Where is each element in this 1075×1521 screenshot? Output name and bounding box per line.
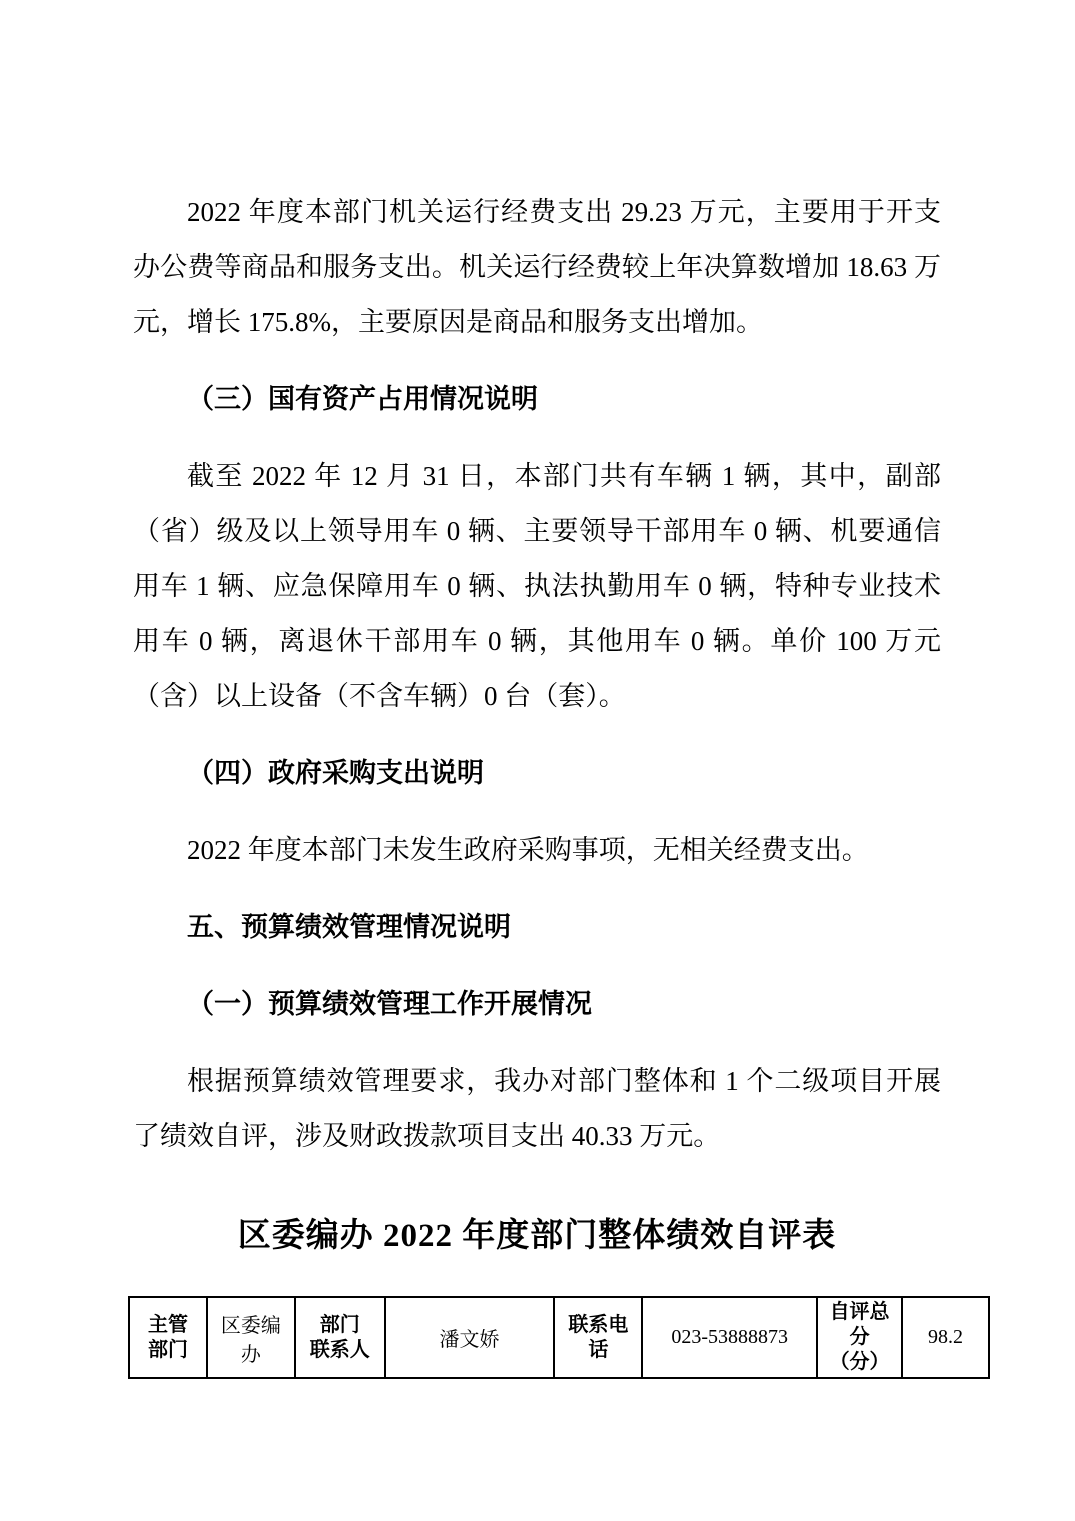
heading-state-assets: （三）国有资产占用情况说明 bbox=[133, 372, 941, 427]
heading-performance-work: （一）预算绩效管理工作开展情况 bbox=[133, 977, 941, 1032]
cell-score-label: 自评总分 （分） bbox=[817, 1297, 902, 1378]
cell-contact-value: 潘文娇 bbox=[385, 1297, 555, 1378]
heading-gov-procurement: （四）政府采购支出说明 bbox=[133, 746, 941, 801]
cell-phone-label: 联系电话 bbox=[554, 1297, 642, 1378]
cell-contact-label: 部门 联系人 bbox=[295, 1297, 385, 1378]
cell-supervisor-label: 主管 部门 bbox=[129, 1297, 207, 1378]
cell-score-value: 98.2 bbox=[902, 1297, 989, 1378]
para-vehicles-assets: 截至 2022 年 12 月 31 日，本部门共有车辆 1 辆，其中，副部（省）… bbox=[133, 449, 941, 724]
heading-budget-performance: 五、预算绩效管理情况说明 bbox=[133, 900, 941, 955]
self-evaluation-table: 主管 部门 区委编办 部门 联系人 潘文娇 联系电话 023-53888873 … bbox=[128, 1296, 990, 1379]
para-self-evaluation: 根据预算绩效管理要求，我办对部门整体和 1 个二级项目开展了绩效自评，涉及财政拨… bbox=[133, 1054, 941, 1164]
cell-phone-value: 023-53888873 bbox=[642, 1297, 817, 1378]
table-title: 区委编办 2022 年度部门整体绩效自评表 bbox=[133, 1206, 941, 1266]
para-procurement-note: 2022 年度本部门未发生政府采购事项，无相关经费支出。 bbox=[133, 823, 941, 878]
para-operating-expenses: 2022 年度本部门机关运行经费支出 29.23 万元，主要用于开支办公费等商品… bbox=[133, 185, 941, 350]
table-row: 主管 部门 区委编办 部门 联系人 潘文娇 联系电话 023-53888873 … bbox=[129, 1297, 989, 1378]
document-page: 2022 年度本部门机关运行经费支出 29.23 万元，主要用于开支办公费等商品… bbox=[0, 0, 1075, 1521]
cell-supervisor-value: 区委编办 bbox=[207, 1297, 295, 1378]
